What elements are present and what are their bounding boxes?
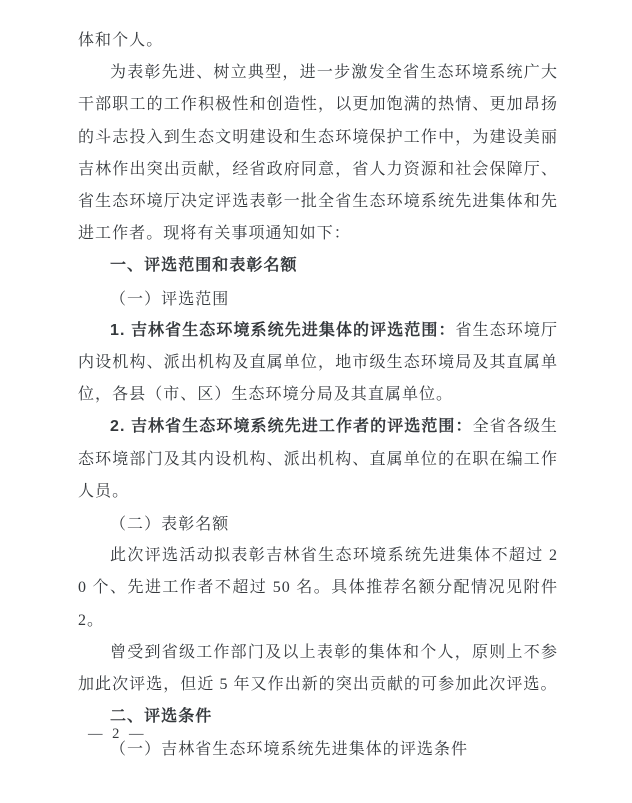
paragraph: 此次评选活动拟表彰吉林省生态环境系统先进集体不超过 20 个、先进工作者不超过 … <box>78 540 558 637</box>
numbered-paragraph-label: 1. 吉林省生态环境系统先进集体的评选范围： <box>110 322 456 339</box>
document-page: 体和个人。为表彰先进、树立典型，进一步激发全省生态环境系统广大干部职工的工作积极… <box>0 0 632 803</box>
paragraph-continuation: 体和个人。 <box>78 25 558 57</box>
section-heading: 一、评选范围和表彰名额 <box>78 250 558 282</box>
sub-section-heading: （二）表彰名额 <box>78 508 558 540</box>
page-number: — 2 — <box>88 726 147 743</box>
numbered-paragraph-label: 2. 吉林省生态环境系统先进工作者的评选范围： <box>110 418 473 435</box>
paragraph: 为表彰先进、树立典型，进一步激发全省生态环境系统广大干部职工的工作积极性和创造性… <box>78 57 558 250</box>
numbered-paragraph: 1. 吉林省生态环境系统先进集体的评选范围：省生态环境厅内设机构、派出机构及直属… <box>78 315 558 412</box>
sub-section-heading: （一）吉林省生态环境系统先进集体的评选条件 <box>78 733 558 765</box>
section-heading: 二、评选条件 <box>78 701 558 733</box>
document-body: 体和个人。为表彰先进、树立典型，进一步激发全省生态环境系统广大干部职工的工作积极… <box>78 25 558 766</box>
sub-section-heading: （一）评选范围 <box>78 283 558 315</box>
numbered-paragraph: 2. 吉林省生态环境系统先进工作者的评选范围：全省各级生态环境部门及其内设机构、… <box>78 411 558 508</box>
paragraph: 曾受到省级工作部门及以上表彰的集体和个人，原则上不参加此次评选，但近 5 年又作… <box>78 637 558 701</box>
